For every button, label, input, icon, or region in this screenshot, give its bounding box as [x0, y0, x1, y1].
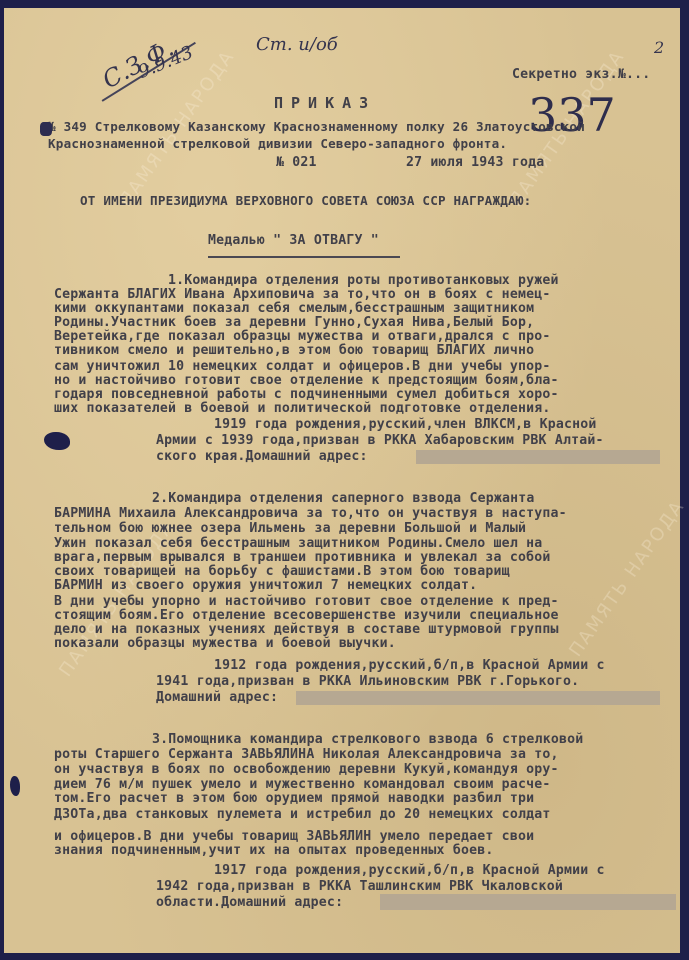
entry-line: знания подчиненным,учит их на опытах про…: [54, 844, 494, 858]
entry-line: БАРМИНА Михаила Александровича за то,что…: [54, 507, 567, 521]
entry-line: 2.Командира отделения саперного взвода С…: [152, 492, 535, 506]
entry-line: том.Его расчет в этом бою орудием прямой…: [54, 792, 534, 806]
award-preamble: ОТ ИМЕНИ ПРЕЗИДИУМА ВЕРХОВНОГО СОВЕТА СО…: [80, 194, 531, 208]
entry-bio-line: 1942 года,призван в РККА Ташлинским РВК …: [156, 880, 563, 894]
entry-line: врага,первым врывался в траншеи противни…: [54, 551, 551, 565]
entry-bio-line: 1941 года,призван в РККА Ильиновским РВК…: [156, 675, 579, 689]
entry-line: 1.Командира отделения роты противотанков…: [168, 274, 559, 288]
ink-blot: [40, 122, 52, 136]
entry-line: Веретейка,где показал образцы мужества и…: [54, 330, 551, 344]
order-date: 27 июля 1943 года: [406, 156, 544, 170]
punch-hole: [10, 776, 20, 796]
entry-line: БАРМИН из своего оружия уничтожил 7 неме…: [54, 579, 477, 593]
redacted-address: [416, 450, 660, 464]
entry-line: своих товарищей на борьбу с фашистами.В …: [54, 565, 510, 579]
entry-line: 3.Помощника командира стрелкового взвода…: [152, 733, 583, 747]
document-title: ПРИКАЗ: [274, 96, 376, 110]
entry-line: он участвуя в боях по освобождению дерев…: [54, 763, 559, 777]
entry-line: тивником смело и решительно,в этом бою т…: [54, 344, 534, 358]
entry-line: роты Старшего Сержанта ЗАВЬЯЛИНА Николая…: [54, 748, 559, 762]
header-line-2: Краснознаменной стрелковой дивизии Север…: [48, 137, 507, 151]
entry-line: В дни учебы упорно и настойчиво готовит …: [54, 595, 559, 609]
handwritten-note: Ст. и/об: [256, 34, 338, 55]
order-number: № 021: [276, 156, 317, 170]
entry-bio-line: Армии с 1939 года,призван в РККА Хабаров…: [156, 434, 604, 448]
entry-bio-line: Домашний адрес:: [156, 691, 278, 705]
entry-line: Родины.Участник боев за деревни Гунно,Су…: [54, 316, 534, 330]
entry-line: дело и на показных учениях действуя в со…: [54, 623, 559, 637]
entry-line: дием 76 м/м пушек умело и мужественно ко…: [54, 778, 551, 792]
document-page: ПАМЯТЬ НАРОДА ПАМЯТЬ НАРОДА ПАМЯТЬ НАРОД…: [4, 8, 680, 953]
entry-bio-line: 1912 года рождения,русский,б/п,в Красной…: [214, 659, 605, 673]
entry-line: стоящим боям.Его отделение всесовершенст…: [54, 609, 559, 623]
entry-bio-line: области.Домашний адрес:: [156, 896, 343, 910]
medal-title: Медалью " ЗА ОТВАГУ ": [208, 234, 379, 248]
entry-line: но и настойчиво готовит свое отделение к…: [54, 374, 559, 388]
redacted-address: [380, 894, 676, 910]
secret-label: Секретно экз.№...: [512, 68, 650, 82]
header-line-1: № 349 Стрелковому Казанскому Краснознаме…: [48, 120, 585, 134]
entry-line: сам уничтожил 10 немецких солдат и офице…: [54, 360, 551, 374]
entry-line: Ужин показал себя бесстрашным защитником…: [54, 537, 542, 551]
redacted-address: [296, 691, 660, 705]
entry-line: Сержанта БЛАГИХ Ивана Архиповича за то,ч…: [54, 288, 551, 302]
entry-line: и офицеров.В дни учебы товарищ ЗАВЬЯЛИН …: [54, 830, 534, 844]
entry-line: показали образцы мужества и боевой выучк…: [54, 637, 396, 651]
medal-underline: [208, 256, 400, 258]
punch-hole: [44, 432, 70, 450]
entry-bio-line: ского края.Домашний адрес:: [156, 450, 368, 464]
entry-line: ДЗОТа,два станковых пулемета и истребил …: [54, 808, 551, 822]
handwritten-copy-number: 2: [654, 38, 664, 57]
entry-bio-line: 1917 года рождения,русский,б/п,в Красной…: [214, 864, 605, 878]
entry-line: ших показателей в боевой и политической …: [54, 402, 551, 416]
watermark: ПАМЯТЬ НАРОДА: [565, 496, 689, 661]
entry-line: годаря повседневной работы с подчиненным…: [54, 388, 559, 402]
entry-line: кими оккупантами показал себя смелым,бес…: [54, 302, 534, 316]
entry-line: тельном бою южнее озера Ильмень за дерев…: [54, 522, 526, 536]
entry-bio-line: 1919 года рождения,русский,член ВЛКСМ,в …: [214, 418, 597, 432]
